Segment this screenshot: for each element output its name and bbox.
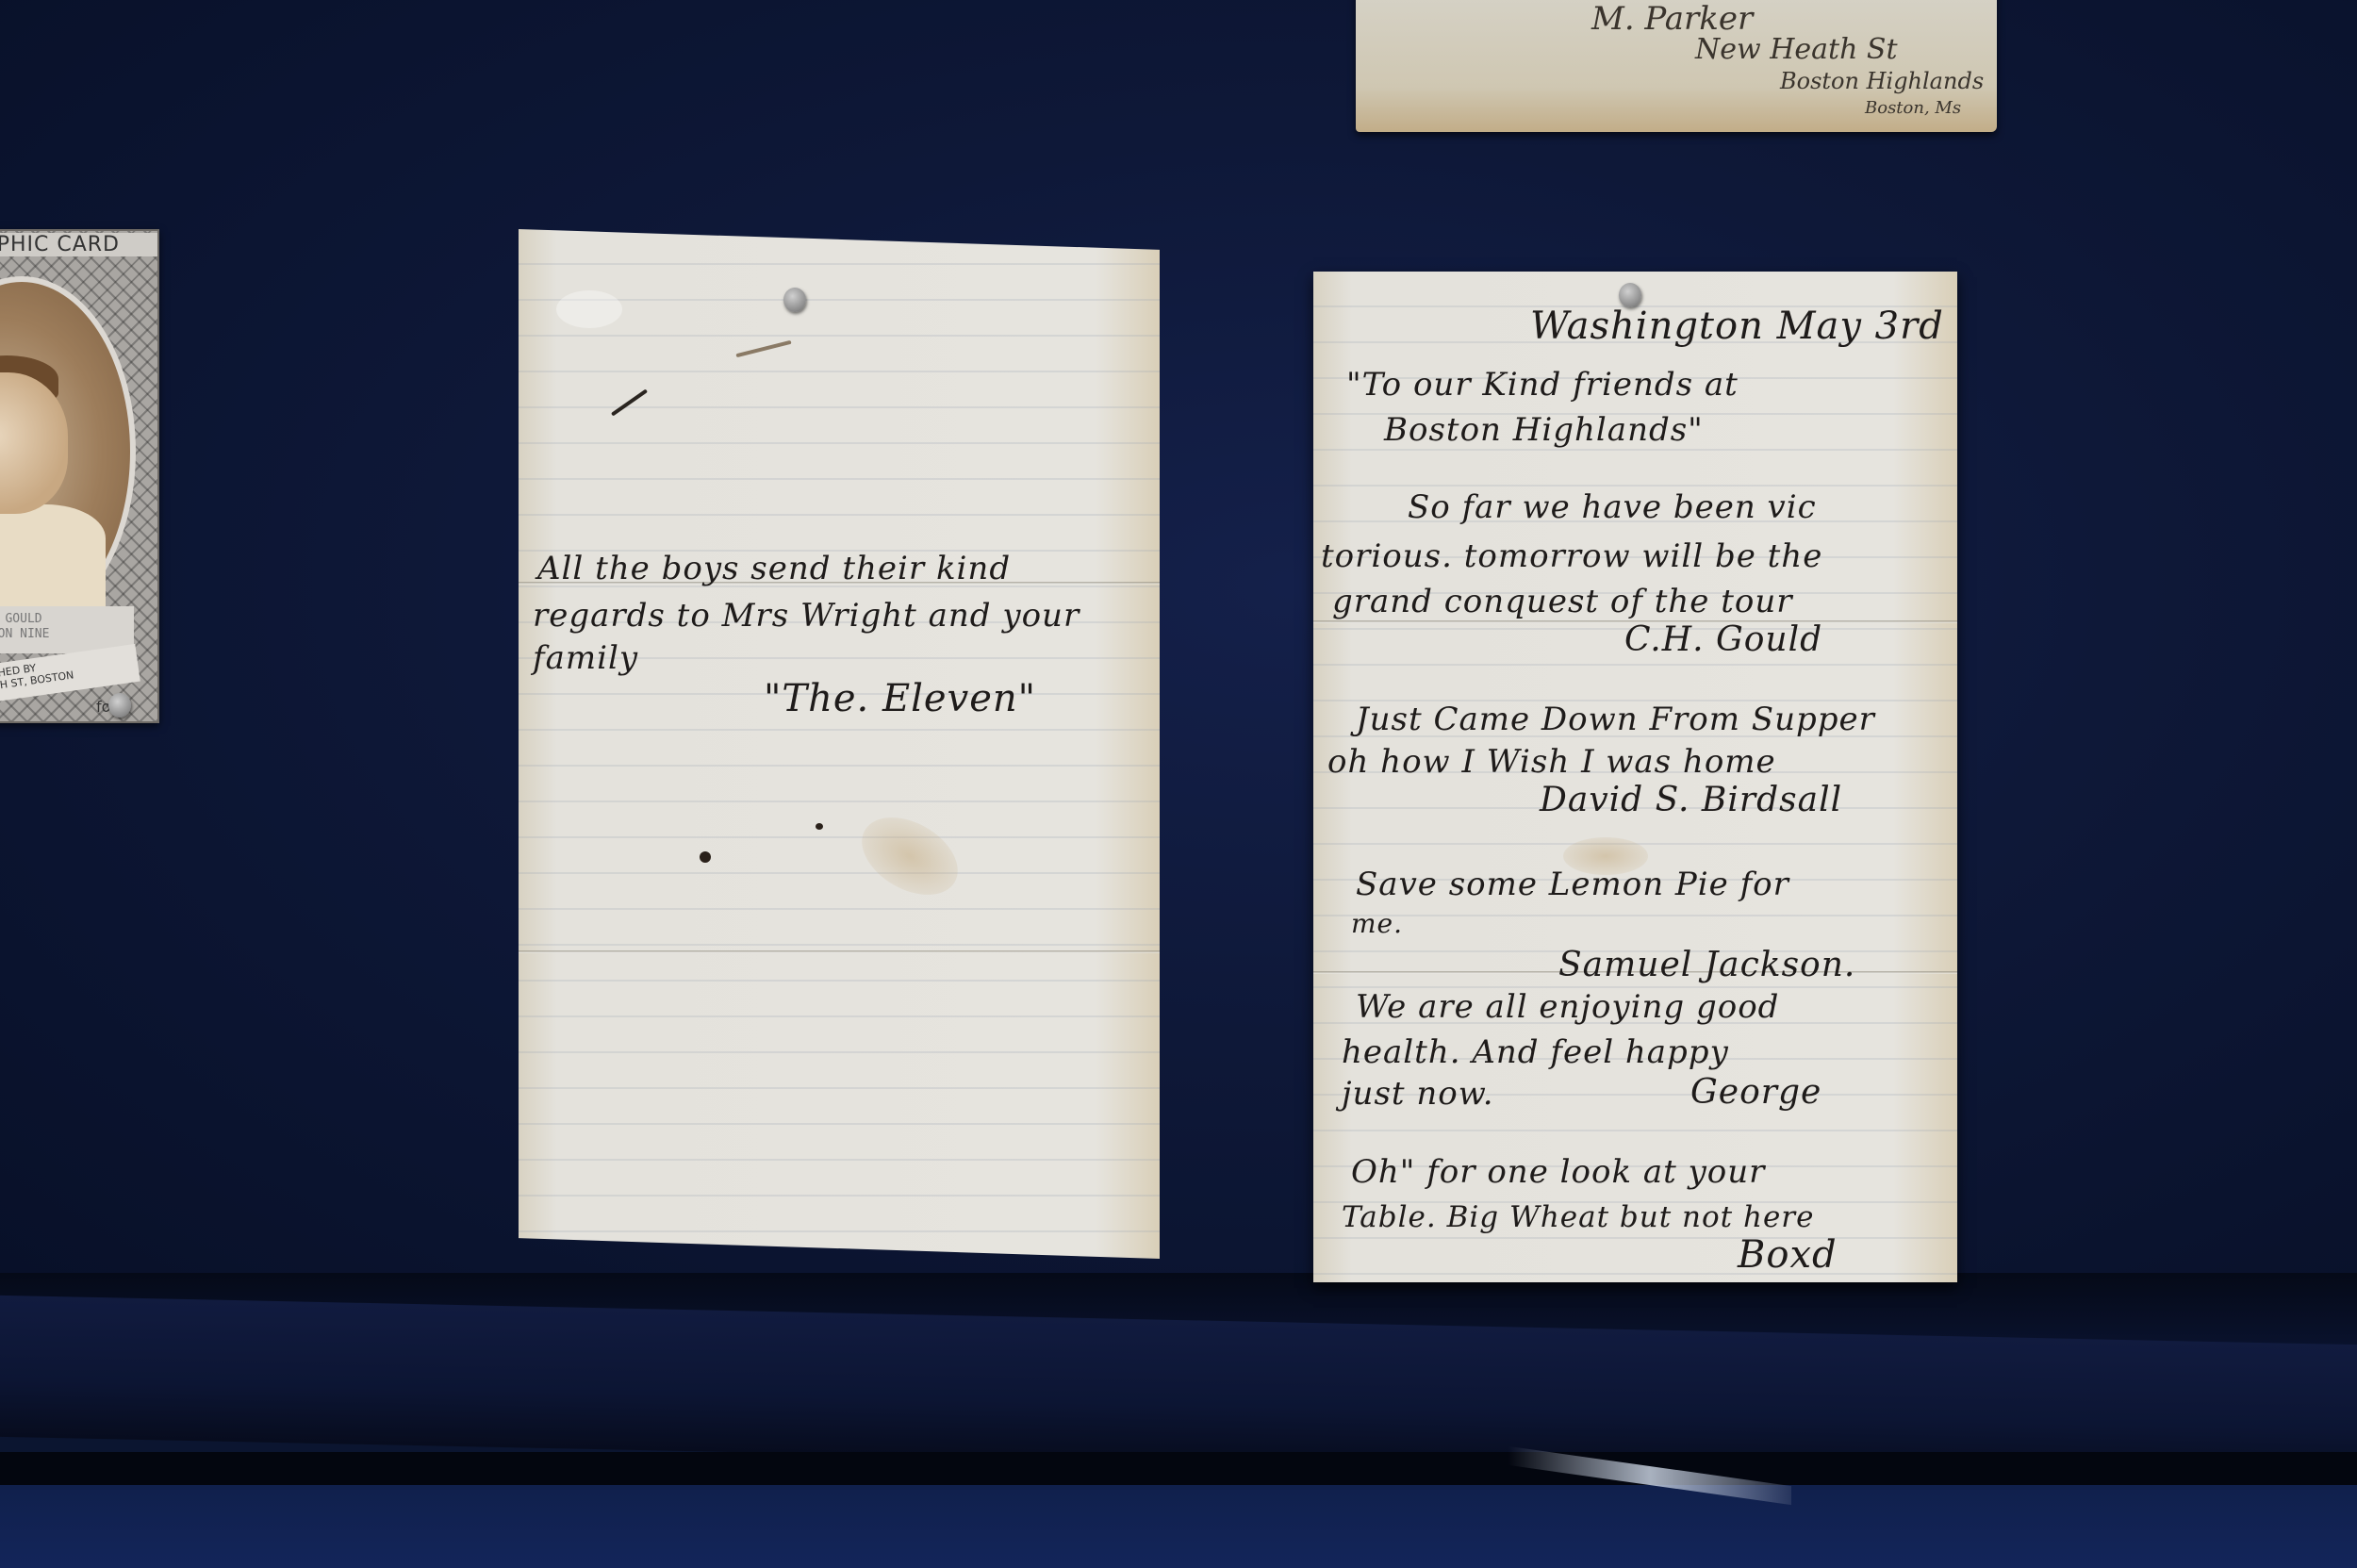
velvet-backdrop bbox=[0, 0, 2357, 1301]
letter-left-line: All the boys send their kind bbox=[537, 550, 1011, 587]
portrait-shirt bbox=[0, 504, 106, 618]
salutation-line: Boston Highlands" bbox=[1384, 411, 1704, 449]
letter-left-line: family bbox=[533, 639, 638, 677]
water-stain bbox=[1563, 837, 1648, 875]
case-floor bbox=[0, 1485, 2357, 1568]
envelope-addressee: M. Parker bbox=[1591, 0, 1753, 38]
note-line: Table. Big Wheat but not here bbox=[1342, 1200, 1814, 1234]
shelf-gap bbox=[0, 1452, 2357, 1490]
envelope-street: New Heath St bbox=[1695, 33, 1898, 66]
note-line: just now. bbox=[1342, 1075, 1494, 1113]
note-line: We are all enjoying good bbox=[1356, 988, 1779, 1026]
note-line: Just Came Down From Supper bbox=[1356, 701, 1875, 738]
letter-right: Washington May 3rd "To our Kind friends … bbox=[1313, 272, 1957, 1282]
note-line: me. bbox=[1351, 908, 1403, 939]
card-header: APHIC CARD bbox=[0, 233, 157, 256]
mount-pin-icon bbox=[1619, 283, 1641, 307]
salutation-line: "To our Kind friends at bbox=[1346, 366, 1739, 404]
envelope: M. Parker New Heath St Boston Highlands … bbox=[1356, 0, 1997, 132]
envelope-city: Boston, Ms bbox=[1865, 98, 1961, 118]
mount-pin-icon bbox=[783, 288, 806, 312]
body-line: So far we have been vic bbox=[1408, 488, 1817, 526]
photographic-card: APHIC CARD TON H. GOULD STON NINE PHED B… bbox=[0, 229, 159, 723]
note-line: oh how I Wish I was home bbox=[1327, 743, 1776, 781]
dateline: Washington May 3rd bbox=[1530, 305, 1944, 348]
emboss-mark bbox=[556, 290, 622, 328]
letter-left-signature: "The. Eleven" bbox=[764, 677, 1036, 720]
body-line: torious. tomorrow will be the bbox=[1321, 537, 1822, 575]
note-line: Oh" for one look at your bbox=[1351, 1153, 1765, 1191]
signature-jackson: Samuel Jackson. bbox=[1558, 946, 1855, 984]
caption-team: STON NINE bbox=[0, 627, 134, 642]
ink-blot bbox=[816, 823, 823, 830]
caption-name: H. GOULD bbox=[0, 612, 134, 627]
signature-gould: C.H. Gould bbox=[1624, 620, 1822, 659]
letter-left: All the boys send their kind regards to … bbox=[519, 229, 1160, 1259]
note-line: Save some Lemon Pie for bbox=[1356, 866, 1789, 903]
body-line: grand conquest of the tour bbox=[1332, 583, 1793, 620]
letter-left-line: regards to Mrs Wright and your bbox=[533, 597, 1080, 635]
fold-line bbox=[519, 950, 1160, 953]
note-line: health. And feel happy bbox=[1342, 1033, 1729, 1071]
mount-pin-icon bbox=[108, 693, 131, 718]
ink-blot bbox=[700, 851, 711, 863]
envelope-district: Boston Highlands bbox=[1780, 68, 1984, 94]
signature-george: George bbox=[1690, 1073, 1821, 1112]
signature-birdsall: David S. Birdsall bbox=[1540, 781, 1842, 819]
ruled-lines bbox=[519, 229, 1160, 1259]
signature-boxd: Boxd bbox=[1738, 1233, 1838, 1277]
